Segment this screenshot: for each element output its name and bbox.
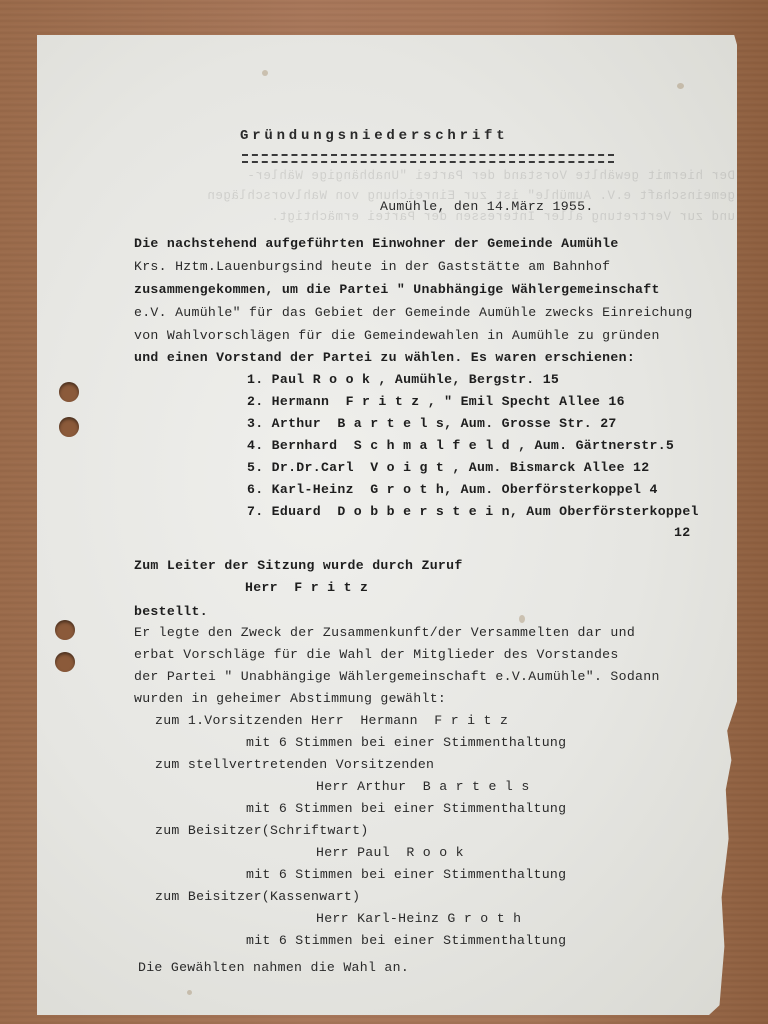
paper-stain [187, 990, 192, 995]
attendee-number: 4. [247, 438, 263, 453]
place-date: Aumühle, den 14.März 1955. [380, 199, 594, 214]
punch-hole [59, 382, 79, 402]
election-name: Herr Karl-Heinz G r o t h [316, 911, 521, 926]
paper-stain [262, 70, 268, 76]
attendee-item: 3. Arthur B a r t e l s, Aum. Grosse Str… [247, 416, 617, 431]
closing-statement: Die Gewählten nahmen die Wahl an. [138, 960, 409, 975]
attendee-number: 1. [247, 372, 263, 387]
purpose-line: Er legte den Zweck der Zusammenkunft/der… [134, 625, 635, 640]
attendee-continuation: 12 [674, 525, 690, 540]
election-role: zum stellvertretenden Vorsitzenden [155, 757, 434, 772]
attendee-item: 6. Karl-Heinz G r o t h, Aum. Oberförste… [247, 482, 658, 497]
punch-hole [59, 417, 79, 437]
attendee-number: 6. [247, 482, 263, 497]
paper-stain [519, 615, 525, 623]
purpose-line: erbat Vorschläge für die Wahl der Mitgli… [134, 647, 619, 662]
election-role: zum Beisitzer(Schriftwart) [155, 823, 369, 838]
attendee-text: Karl-Heinz G r o t h, Aum. Oberförsterko… [272, 482, 658, 497]
attendee-text: Hermann F r i t z , " Emil Specht Allee … [272, 394, 625, 409]
attendee-text: Arthur B a r t e l s, Aum. Grosse Str. 2… [272, 416, 617, 431]
intro-line: e.V. Aumühle" für das Gebiet der Gemeind… [134, 305, 693, 320]
election-votes: mit 6 Stimmen bei einer Stimmenthaltung [246, 735, 566, 750]
attendee-item: 4. Bernhard S c h m a l f e l d , Aum. G… [247, 438, 674, 453]
attendee-text: Dr.Dr.Carl V o i g t , Aum. Bismarck All… [272, 460, 650, 475]
attendee-text: Paul R o o k , Aumühle, Bergstr. 15 [272, 372, 559, 387]
attendee-number: 7. [247, 504, 263, 519]
attendee-item: 1. Paul R o o k , Aumühle, Bergstr. 15 [247, 372, 559, 387]
election-name: Herr Arthur B a r t e l s [316, 779, 530, 794]
purpose-line: wurden in geheimer Abstimmung gewählt: [134, 691, 446, 706]
attendee-number: 5. [247, 460, 263, 475]
intro-line: und einen Vorstand der Partei zu wählen.… [134, 350, 635, 365]
election-votes: mit 6 Stimmen bei einer Stimmenthaltung [246, 933, 566, 948]
purpose-line: der Partei " Unabhängige Wählergemeinsch… [134, 669, 660, 684]
intro-line: zusammengekommen, um die Partei " Unabhä… [134, 282, 660, 297]
intro-line: von Wahlvorschlägen für die Gemeindewahl… [134, 328, 660, 343]
chair-line: Zum Leiter der Sitzung wurde durch Zuruf [134, 558, 463, 573]
attendee-number: 3. [247, 416, 263, 431]
document-title: Gründungsniederschrift [240, 128, 508, 144]
attendee-item: 7. Eduard D o b b e r s t e i n, Aum Obe… [247, 504, 699, 519]
intro-line: Krs. Hztm.Lauenburgsind heute in der Gas… [134, 259, 610, 274]
intro-line: Die nachstehend aufgeführten Einwohner d… [134, 236, 619, 251]
punch-hole [55, 620, 75, 640]
chair-name: Herr F r i t z [245, 580, 368, 595]
title-double-underline [242, 154, 614, 163]
attendee-item: 5. Dr.Dr.Carl V o i g t , Aum. Bismarck … [247, 460, 650, 475]
election-votes: mit 6 Stimmen bei einer Stimmenthaltung [246, 801, 566, 816]
attendee-text: Eduard D o b b e r s t e i n, Aum Oberfö… [272, 504, 699, 519]
attendee-text: Bernhard S c h m a l f e l d , Aum. Gärt… [272, 438, 674, 453]
election-role: zum Beisitzer(Kassenwart) [155, 889, 360, 904]
paper-stain [677, 83, 684, 89]
attendee-number: 2. [247, 394, 263, 409]
election-votes: mit 6 Stimmen bei einer Stimmenthaltung [246, 867, 566, 882]
election-name: Herr Paul R o o k [316, 845, 464, 860]
election-role: zum 1.Vorsitzenden Herr Hermann F r i t … [155, 713, 508, 728]
attendee-item: 2. Hermann F r i t z , " Emil Specht All… [247, 394, 625, 409]
punch-hole [55, 652, 75, 672]
chair-appointed: bestellt. [134, 604, 208, 619]
bleed-through-text: Der hiermit gewählte Vorstand der Partei… [175, 168, 735, 185]
